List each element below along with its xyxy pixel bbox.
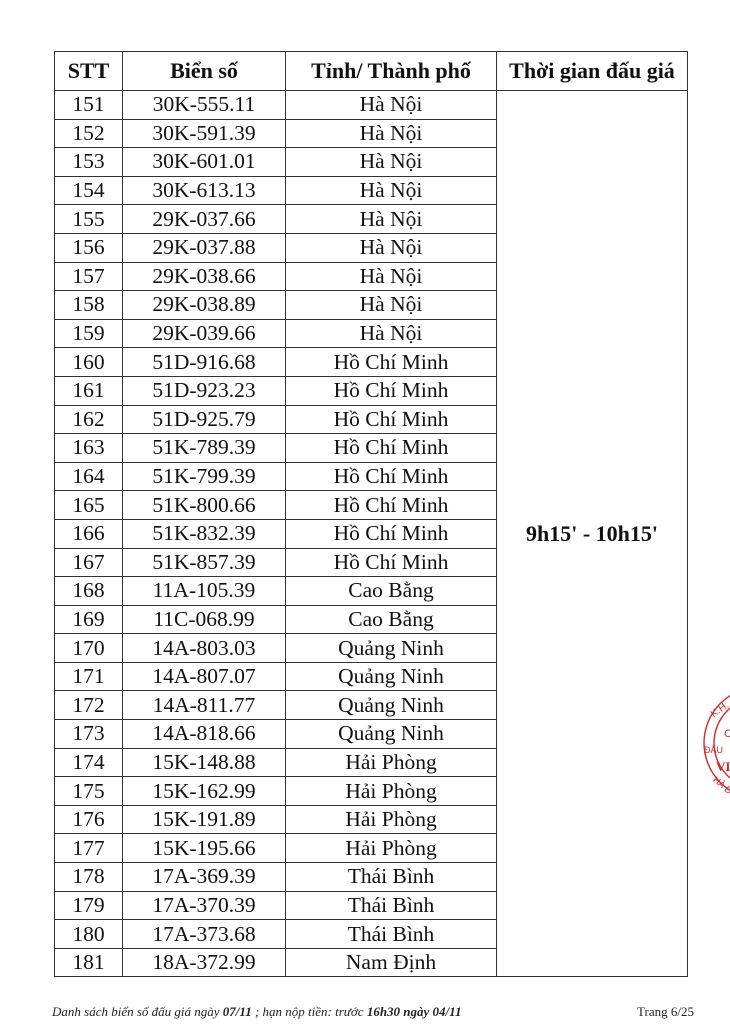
cell-plate: 30K-591.39 xyxy=(123,119,286,148)
header-plate: Biển số xyxy=(123,52,286,91)
cell-stt: 172 xyxy=(55,691,123,720)
cell-stt: 151 xyxy=(55,91,123,120)
cell-plate: 15K-191.89 xyxy=(123,805,286,834)
cell-plate: 11A-105.39 xyxy=(123,577,286,606)
cell-stt: 179 xyxy=(55,891,123,920)
header-province: Tỉnh/ Thành phố xyxy=(286,52,497,91)
cell-stt: 171 xyxy=(55,662,123,691)
cell-plate: 15K-162.99 xyxy=(123,777,286,806)
cell-province: Hồ Chí Minh xyxy=(286,548,497,577)
cell-stt: 173 xyxy=(55,720,123,749)
cell-province: Quảng Ninh xyxy=(286,634,497,663)
cell-province: Thái Bình xyxy=(286,891,497,920)
cell-plate: 17A-373.68 xyxy=(123,920,286,949)
svg-text:C: C xyxy=(724,728,730,740)
cell-plate: 51K-857.39 xyxy=(123,548,286,577)
svg-text:HÀ ĐÔ: HÀ ĐÔ xyxy=(711,774,730,800)
cell-plate: 14A-807.07 xyxy=(123,662,286,691)
cell-province: Hải Phòng xyxy=(286,748,497,777)
cell-province: Cao Bằng xyxy=(286,577,497,606)
cell-stt: 168 xyxy=(55,577,123,606)
cell-province: Hải Phòng xyxy=(286,777,497,806)
cell-stt: 167 xyxy=(55,548,123,577)
table-header-row: STT Biển số Tỉnh/ Thành phố Thời gian đấ… xyxy=(55,52,688,91)
cell-stt: 157 xyxy=(55,262,123,291)
svg-text:VI: VI xyxy=(716,759,730,774)
footer-note: Danh sách biển số đấu giá ngày 07/11 ; h… xyxy=(52,1004,461,1020)
cell-stt: 154 xyxy=(55,176,123,205)
cell-plate: 51D-923.23 xyxy=(123,376,286,405)
cell-plate: 30K-555.11 xyxy=(123,91,286,120)
cell-province: Cao Bằng xyxy=(286,605,497,634)
table-body: 15130K-555.11Hà Nội9h15' - 10h15'15230K-… xyxy=(55,91,688,977)
cell-plate: 51D-916.68 xyxy=(123,348,286,377)
footer-prefix: Danh sách biển số đấu giá ngày xyxy=(52,1004,223,1019)
cell-plate: 30K-613.13 xyxy=(123,176,286,205)
cell-stt: 155 xyxy=(55,205,123,234)
cell-plate: 51K-832.39 xyxy=(123,519,286,548)
cell-plate: 14A-818.66 xyxy=(123,720,286,749)
cell-stt: 160 xyxy=(55,348,123,377)
cell-plate: 14A-811.77 xyxy=(123,691,286,720)
header-stt: STT xyxy=(55,52,123,91)
cell-plate: 51D-925.79 xyxy=(123,405,286,434)
cell-province: Hà Nội xyxy=(286,291,497,320)
cell-province: Hồ Chí Minh xyxy=(286,348,497,377)
plate-auction-table: STT Biển số Tỉnh/ Thành phố Thời gian đấ… xyxy=(54,51,688,977)
cell-stt: 169 xyxy=(55,605,123,634)
cell-plate: 18A-372.99 xyxy=(123,948,286,977)
cell-province: Hà Nội xyxy=(286,205,497,234)
cell-plate: 15K-148.88 xyxy=(123,748,286,777)
cell-stt: 162 xyxy=(55,405,123,434)
cell-plate: 29K-037.66 xyxy=(123,205,286,234)
cell-stt: 156 xyxy=(55,233,123,262)
cell-plate: 29K-037.88 xyxy=(123,233,286,262)
cell-stt: 161 xyxy=(55,376,123,405)
svg-text:K.H.: K.H. xyxy=(709,700,730,720)
cell-stt: 163 xyxy=(55,434,123,463)
cell-province: Quảng Ninh xyxy=(286,662,497,691)
cell-province: Hải Phòng xyxy=(286,834,497,863)
cell-province: Hà Nội xyxy=(286,91,497,120)
page-number: Trang 6/25 xyxy=(637,1004,694,1020)
cell-plate: 17A-369.39 xyxy=(123,863,286,892)
cell-stt: 175 xyxy=(55,777,123,806)
cell-stt: 158 xyxy=(55,291,123,320)
cell-plate: 51K-789.39 xyxy=(123,434,286,463)
cell-province: Quảng Ninh xyxy=(286,691,497,720)
footer-auction-date: 07/11 xyxy=(223,1004,252,1019)
cell-province: Hà Nội xyxy=(286,176,497,205)
cell-plate: 11C-068.99 xyxy=(123,605,286,634)
cell-plate: 17A-370.39 xyxy=(123,891,286,920)
cell-province: Thái Bình xyxy=(286,920,497,949)
table-row: 15130K-555.11Hà Nội9h15' - 10h15' xyxy=(55,91,688,120)
cell-plate: 14A-803.03 xyxy=(123,634,286,663)
cell-stt: 174 xyxy=(55,748,123,777)
cell-stt: 181 xyxy=(55,948,123,977)
cell-stt: 159 xyxy=(55,319,123,348)
cell-province: Hồ Chí Minh xyxy=(286,434,497,463)
cell-province: Hà Nội xyxy=(286,319,497,348)
cell-plate: 15K-195.66 xyxy=(123,834,286,863)
cell-stt: 180 xyxy=(55,920,123,949)
cell-stt: 178 xyxy=(55,863,123,892)
footer-middle: ; hạn nộp tiền: trước xyxy=(252,1004,367,1019)
cell-province: Nam Định xyxy=(286,948,497,977)
cell-province: Quảng Ninh xyxy=(286,720,497,749)
cell-province: Hải Phòng xyxy=(286,805,497,834)
cell-province: Hồ Chí Minh xyxy=(286,519,497,548)
cell-auction-time: 9h15' - 10h15' xyxy=(497,91,688,977)
footer-deadline: 16h30 ngày 04/11 xyxy=(367,1004,462,1019)
cell-plate: 51K-800.66 xyxy=(123,491,286,520)
red-seal-stamp-icon: K.H. C ĐẤU VI HÀ ĐÔ xyxy=(700,683,730,803)
cell-plate: 29K-038.66 xyxy=(123,262,286,291)
cell-stt: 166 xyxy=(55,519,123,548)
svg-text:ĐẤU: ĐẤU xyxy=(704,745,723,755)
cell-plate: 29K-038.89 xyxy=(123,291,286,320)
cell-province: Hồ Chí Minh xyxy=(286,376,497,405)
cell-stt: 165 xyxy=(55,491,123,520)
cell-province: Hà Nội xyxy=(286,148,497,177)
header-time: Thời gian đấu giá xyxy=(497,52,688,91)
cell-stt: 152 xyxy=(55,119,123,148)
cell-province: Hồ Chí Minh xyxy=(286,491,497,520)
cell-plate: 29K-039.66 xyxy=(123,319,286,348)
cell-plate: 30K-601.01 xyxy=(123,148,286,177)
cell-stt: 177 xyxy=(55,834,123,863)
cell-province: Hà Nội xyxy=(286,233,497,262)
cell-stt: 176 xyxy=(55,805,123,834)
cell-stt: 170 xyxy=(55,634,123,663)
cell-province: Hồ Chí Minh xyxy=(286,405,497,434)
cell-province: Hồ Chí Minh xyxy=(286,462,497,491)
cell-province: Hà Nội xyxy=(286,119,497,148)
cell-province: Thái Bình xyxy=(286,863,497,892)
cell-province: Hà Nội xyxy=(286,262,497,291)
cell-plate: 51K-799.39 xyxy=(123,462,286,491)
cell-stt: 164 xyxy=(55,462,123,491)
cell-stt: 153 xyxy=(55,148,123,177)
